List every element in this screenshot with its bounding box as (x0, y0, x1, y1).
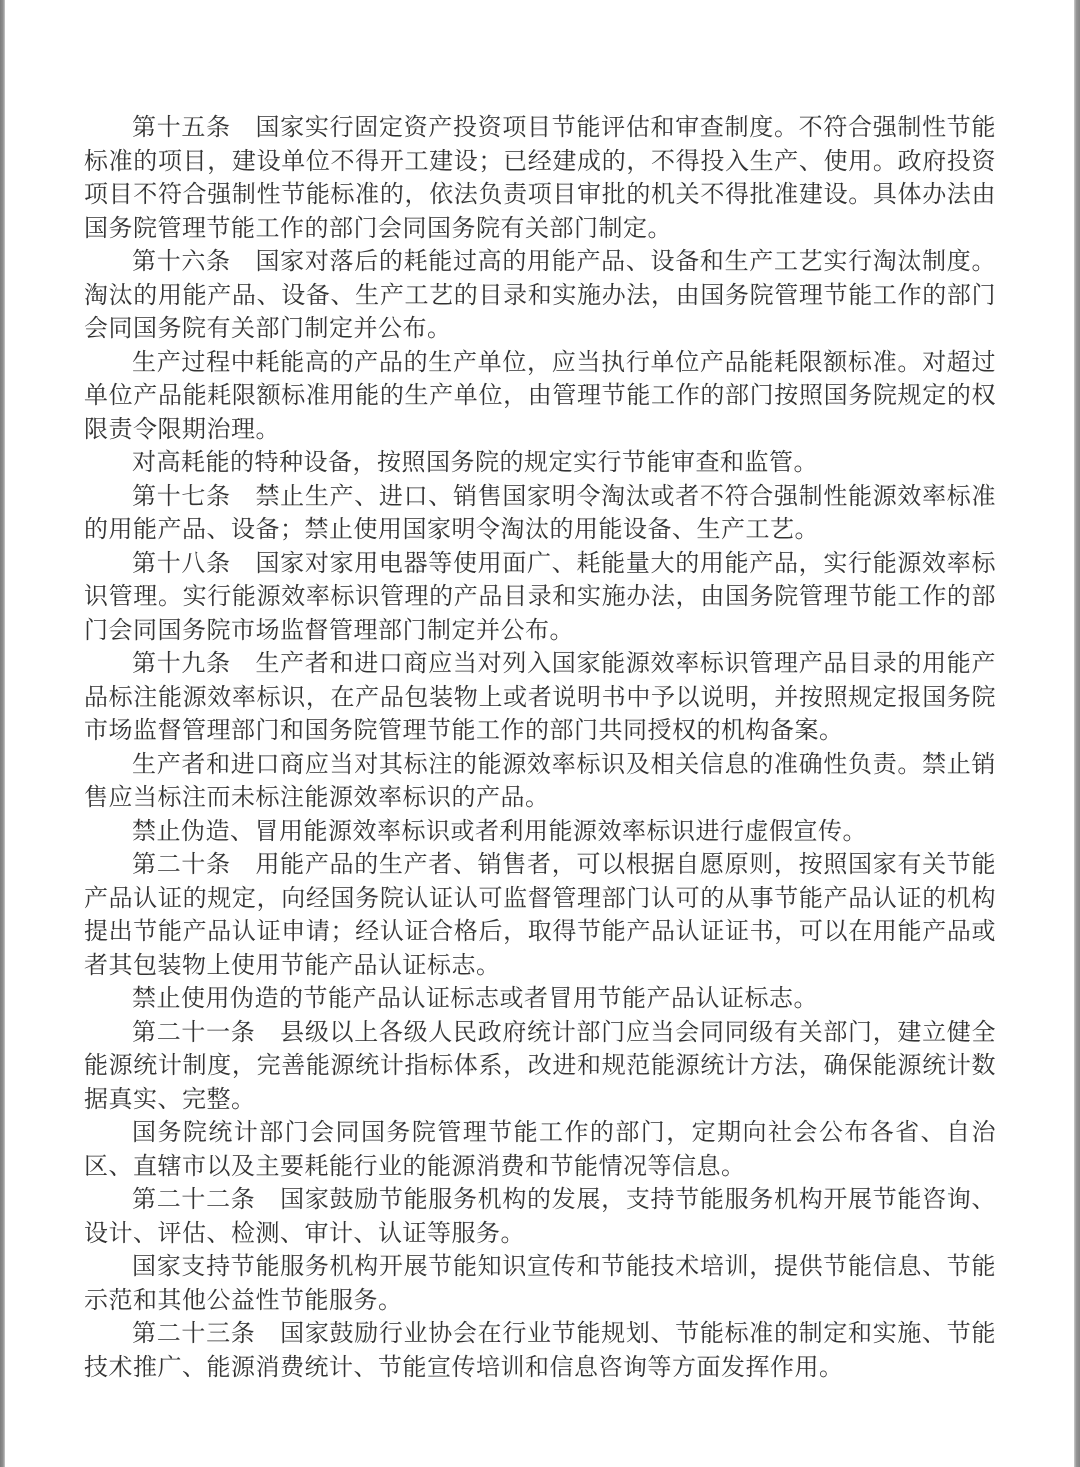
article-22: 第二十二条 国家鼓励节能服务机构的发展，支持节能服务机构开展节能咨询、设计、评估… (84, 1184, 996, 1251)
article-15: 第十五条 国家实行固定资产投资项目节能评估和审查制度。不符合强制性节能标准的项目… (84, 112, 996, 246)
article-23: 第二十三条 国家鼓励行业协会在行业节能规划、节能标准的制定和实施、节能技术推广、… (84, 1318, 996, 1385)
page-right-edge (1074, 0, 1080, 1467)
document-page: 第十五条 国家实行固定资产投资项目节能评估和审查制度。不符合强制性节能标准的项目… (0, 0, 1080, 1467)
article-17: 第十七条 禁止生产、进口、销售国家明令淘汰或者不符合强制性能源效率标准的用能产品… (84, 481, 996, 548)
article-16: 第十六条 国家对落后的耗能过高的用能产品、设备和生产工艺实行淘汰制度。淘汰的用能… (84, 246, 996, 347)
article-19: 第十九条 生产者和进口商应当对列入国家能源效率标识管理产品目录的用能产品标注能源… (84, 648, 996, 749)
article-18: 第十八条 国家对家用电器等使用面广、耗能量大的用能产品，实行能源效率标识管理。实… (84, 548, 996, 649)
article-19-para-3: 禁止伪造、冒用能源效率标识或者利用能源效率标识进行虚假宣传。 (84, 816, 996, 850)
page-left-edge (0, 0, 5, 1467)
article-21-para-2: 国务院统计部门会同国务院管理节能工作的部门，定期向社会公布各省、自治区、直辖市以… (84, 1117, 996, 1184)
article-21: 第二十一条 县级以上各级人民政府统计部门应当会同同级有关部门，建立健全能源统计制… (84, 1017, 996, 1118)
document-body: 第十五条 国家实行固定资产投资项目节能评估和审查制度。不符合强制性节能标准的项目… (84, 112, 996, 1385)
article-20-para-2: 禁止使用伪造的节能产品认证标志或者冒用节能产品认证标志。 (84, 983, 996, 1017)
article-22-para-2: 国家支持节能服务机构开展节能知识宣传和节能技术培训，提供节能信息、节能示范和其他… (84, 1251, 996, 1318)
article-19-para-2: 生产者和进口商应当对其标注的能源效率标识及相关信息的准确性负责。禁止销售应当标注… (84, 749, 996, 816)
article-16-para-2: 生产过程中耗能高的产品的生产单位，应当执行单位产品能耗限额标准。对超过单位产品能… (84, 347, 996, 448)
article-20: 第二十条 用能产品的生产者、销售者，可以根据自愿原则，按照国家有关节能产品认证的… (84, 849, 996, 983)
article-16-para-3: 对高耗能的特种设备，按照国务院的规定实行节能审查和监管。 (84, 447, 996, 481)
